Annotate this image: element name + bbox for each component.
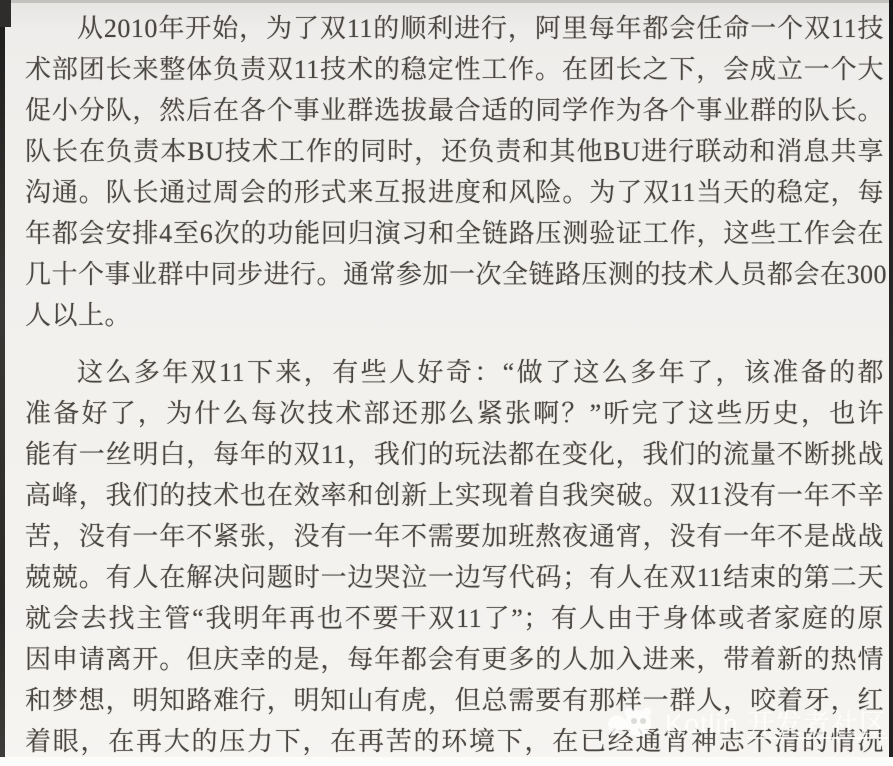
text-line: 术部团长来整体负责双11技术的稳定性工作。在团长之下，会成立一个大	[25, 49, 884, 90]
paragraph-1: 从2010年开始，为了双11的顺利进行，阿里每年都会任命一个双11技 术部团长来…	[25, 8, 884, 336]
watermark-brand-zh: 开发者社区	[747, 709, 887, 739]
text-line: 从2010年开始，为了双11的顺利进行，阿里每年都会任命一个双11技	[25, 8, 884, 49]
text-line: 兢兢。有人在解决问题时一边哭泣一边写代码；有人在双11结束的第二天	[25, 557, 884, 598]
text-line: 这么多年双11下来，有些人好奇：“做了这么多年了，该准备的都	[25, 352, 884, 393]
scan-top-shade	[0, 0, 893, 3]
page-body-text: 从2010年开始，为了双11的顺利进行，阿里每年都会任命一个双11技 术部团长来…	[25, 8, 884, 762]
scan-edge-right	[889, 0, 893, 766]
text-line: 促小分队，然后在各个事业群选拔最合适的同学作为各个事业群的队长。	[25, 90, 884, 131]
watermark-brand-en: Kotlin	[665, 709, 739, 739]
scan-bottom-band	[0, 757, 893, 766]
scanned-page: 从2010年开始，为了双11的顺利进行，阿里每年都会任命一个双11技 术部团长来…	[0, 0, 893, 766]
text-line: 年都会安排4至6次的功能回归演习和全链路压测验证工作，这些工作会在	[25, 213, 884, 254]
text-line: 准备好了，为什么每次技术部还那么紧张啊？”听完了这些历史，也许	[25, 393, 884, 434]
panda-logo-icon	[607, 699, 659, 743]
text-line: 人以上。	[25, 295, 884, 336]
text-line: 队长在负责本BU技术工作的同时，还负责和其他BU进行联动和消息共享	[25, 131, 884, 172]
scan-corner-mark	[0, 0, 11, 27]
text-line: 几十个事业群中同步进行。通常参加一次全链路压测的技术人员都会在300	[25, 254, 884, 295]
watermark-brand: Kotlin 开发者社区	[665, 702, 887, 741]
text-line: 苦，没有一年不紧张，没有一年不需要加班熬夜通宵，没有一年不是战战	[25, 516, 884, 557]
scan-edge-left	[0, 0, 5, 766]
watermark: Kotlin 开发者社区	[607, 698, 887, 744]
text-line: 因申请离开。但庆幸的是，每年都会有更多的人加入进来，带着新的热情	[25, 639, 884, 680]
text-line: 高峰，我们的技术也在效率和创新上实现着自我突破。双11没有一年不辛	[25, 475, 884, 516]
text-line: 能有一丝明白，每年的双11，我们的玩法都在变化，我们的流量不断挑战	[25, 434, 884, 475]
text-line: 沟通。队长通过周会的形式来互报进度和风险。为了双11当天的稳定，每	[25, 172, 884, 213]
text-line: 就会去找主管“我明年再也不要干双11了”；有人由于身体或者家庭的原	[25, 598, 884, 639]
